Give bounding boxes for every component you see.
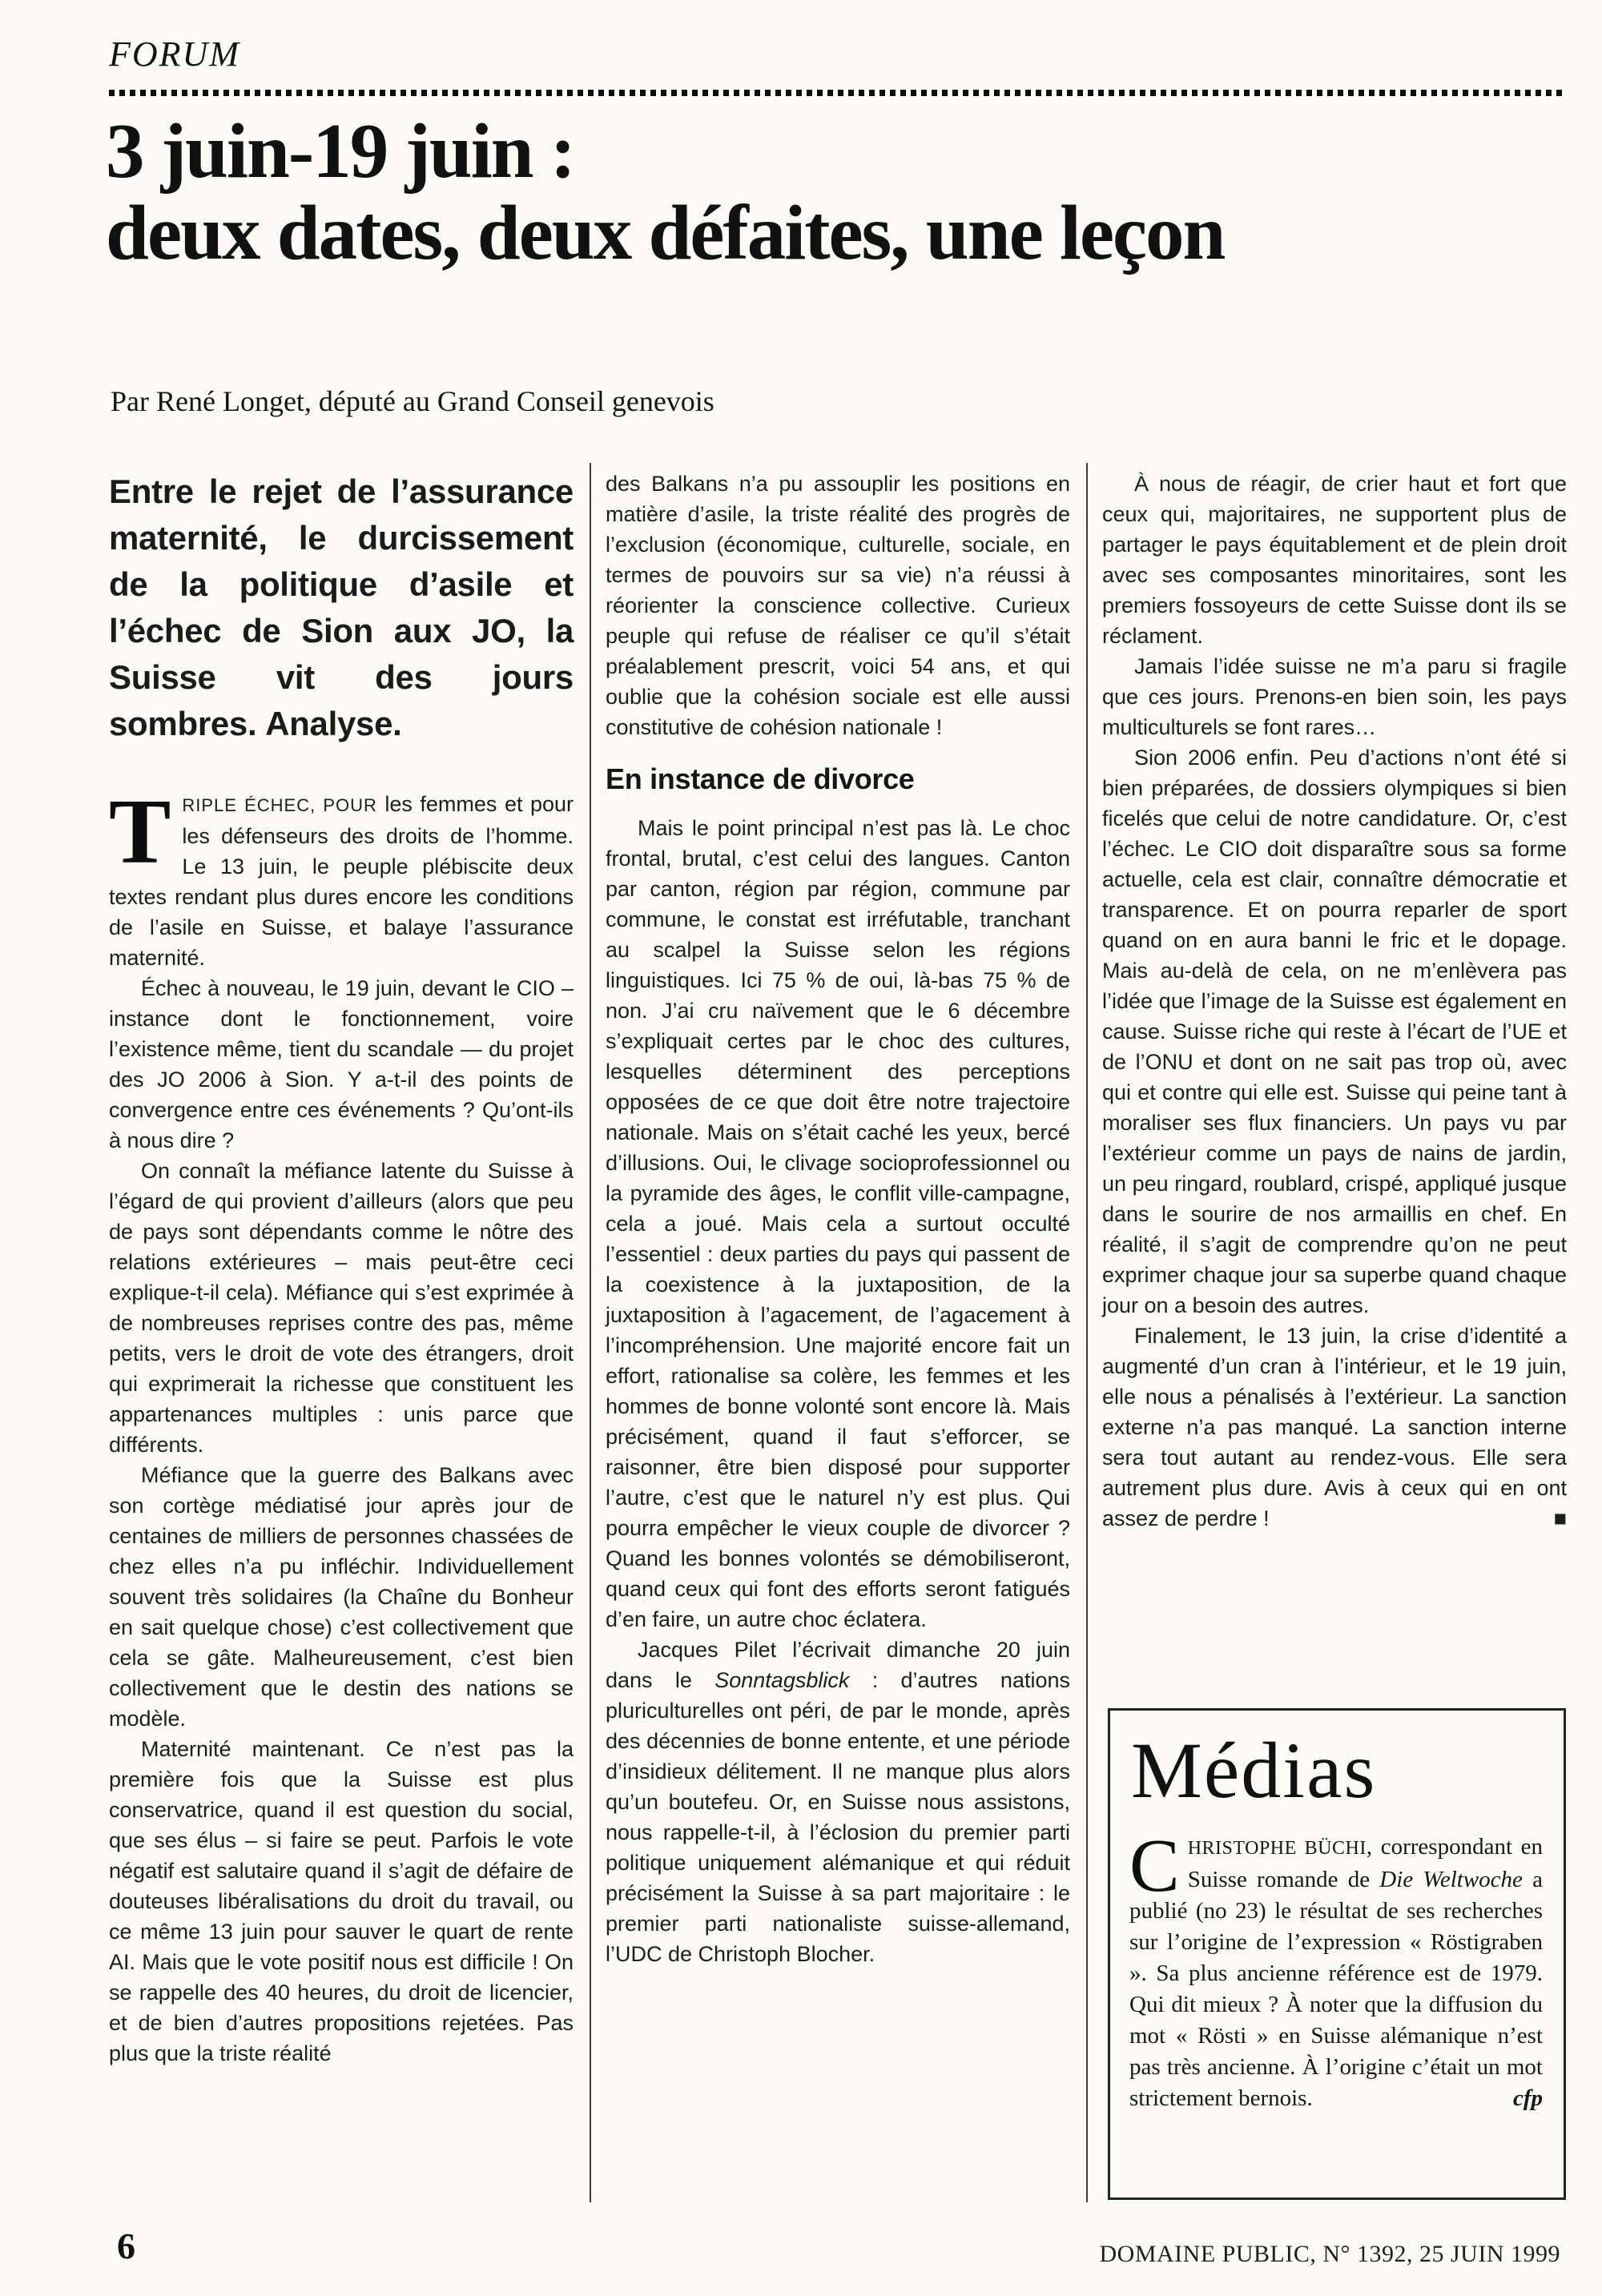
signature: cfp: [1513, 2083, 1543, 2114]
paragraph-text: Finalement, le 13 juin, la crise d’ident…: [1102, 1324, 1567, 1530]
column-rule-2: [1086, 463, 1088, 2202]
medias-paragraph: CHRISTOPHE BÜCHI, correspondant en Suiss…: [1129, 1832, 1543, 2114]
smallcaps-lead: RIPLE ÉCHEC, POUR: [182, 795, 377, 815]
medias-box: Médias CHRISTOPHE BÜCHI, correspondant e…: [1108, 1708, 1566, 2200]
column-1: Entre le rejet de l’assurance maternité,…: [109, 468, 574, 2069]
end-mark: ■: [1522, 1503, 1567, 1534]
article-paragraph: Méfiance que la guerre des Balkans avec …: [109, 1460, 574, 1734]
subhead: En instance de divorce: [606, 765, 1070, 794]
dropcap-c: C: [1129, 1836, 1180, 1896]
article-paragraph: des Balkans n’a pu assouplir les positio…: [606, 468, 1070, 742]
newspaper-page: FORUM 3 juin-19 juin : deux dates, deux …: [0, 0, 1602, 2296]
byline: Par René Longet, député au Grand Conseil…: [111, 384, 714, 419]
article-paragraph: Jacques Pilet l’écrivait dimanche 20 jui…: [606, 1635, 1070, 1969]
headline-line-2: deux dates, deux défaites, une leçon: [106, 192, 1580, 274]
article-paragraph: Finalement, le 13 juin, la crise d’ident…: [1102, 1321, 1567, 1534]
paragraph-text: a publié (no 23) le résultat de ses rech…: [1129, 1867, 1543, 2111]
dotted-rule: [109, 90, 1562, 96]
section-label: FORUM: [109, 37, 240, 72]
dropcap-t: T: [109, 795, 171, 869]
article-paragraph: Sion 2006 enfin. Peu d’actions n’ont été…: [1102, 742, 1567, 1321]
article-paragraph: TRIPLE ÉCHEC, POUR les femmes et pour le…: [109, 789, 574, 973]
medias-title: Médias: [1131, 1728, 1543, 1812]
paragraph-text: les femmes et pour les défenseurs des dr…: [109, 792, 574, 970]
article-paragraph: Mais le point principal n’est pas là. Le…: [606, 813, 1070, 1635]
publication-title: Sonntagsblick: [714, 1668, 849, 1692]
article-paragraph: On connaît la méfiance latente du Suisse…: [109, 1156, 574, 1460]
article-paragraph: Échec à nouveau, le 19 juin, devant le C…: [109, 973, 574, 1156]
headline-line-1: 3 juin-19 juin :: [106, 111, 1580, 192]
paragraph-text: : d’autres nations pluriculturelles ont …: [606, 1668, 1070, 1966]
issue-line: DOMAINE PUBLIC, N° 1392, 25 JUIN 1999: [1100, 2242, 1561, 2266]
column-2: des Balkans n’a pu assouplir les positio…: [606, 468, 1070, 1969]
article-paragraph: Jamais l’idée suisse ne m’a paru si frag…: [1102, 651, 1567, 742]
column-3: À nous de réagir, de crier haut et fort …: [1102, 468, 1567, 1534]
publication-title: Die Weltwoche: [1379, 1867, 1523, 1892]
standfirst: Entre le rejet de l’assurance maternité,…: [109, 468, 574, 747]
article-paragraph: À nous de réagir, de crier haut et fort …: [1102, 468, 1567, 651]
column-rule-1: [590, 463, 591, 2202]
page-title: 3 juin-19 juin : deux dates, deux défait…: [106, 111, 1580, 274]
article-paragraph: Maternité maintenant. Ce n’est pas la pr…: [109, 1734, 574, 2069]
page-number: 6: [117, 2228, 135, 2265]
smallcaps-lead: HRISTOPHE BÜCHI: [1188, 1838, 1367, 1859]
